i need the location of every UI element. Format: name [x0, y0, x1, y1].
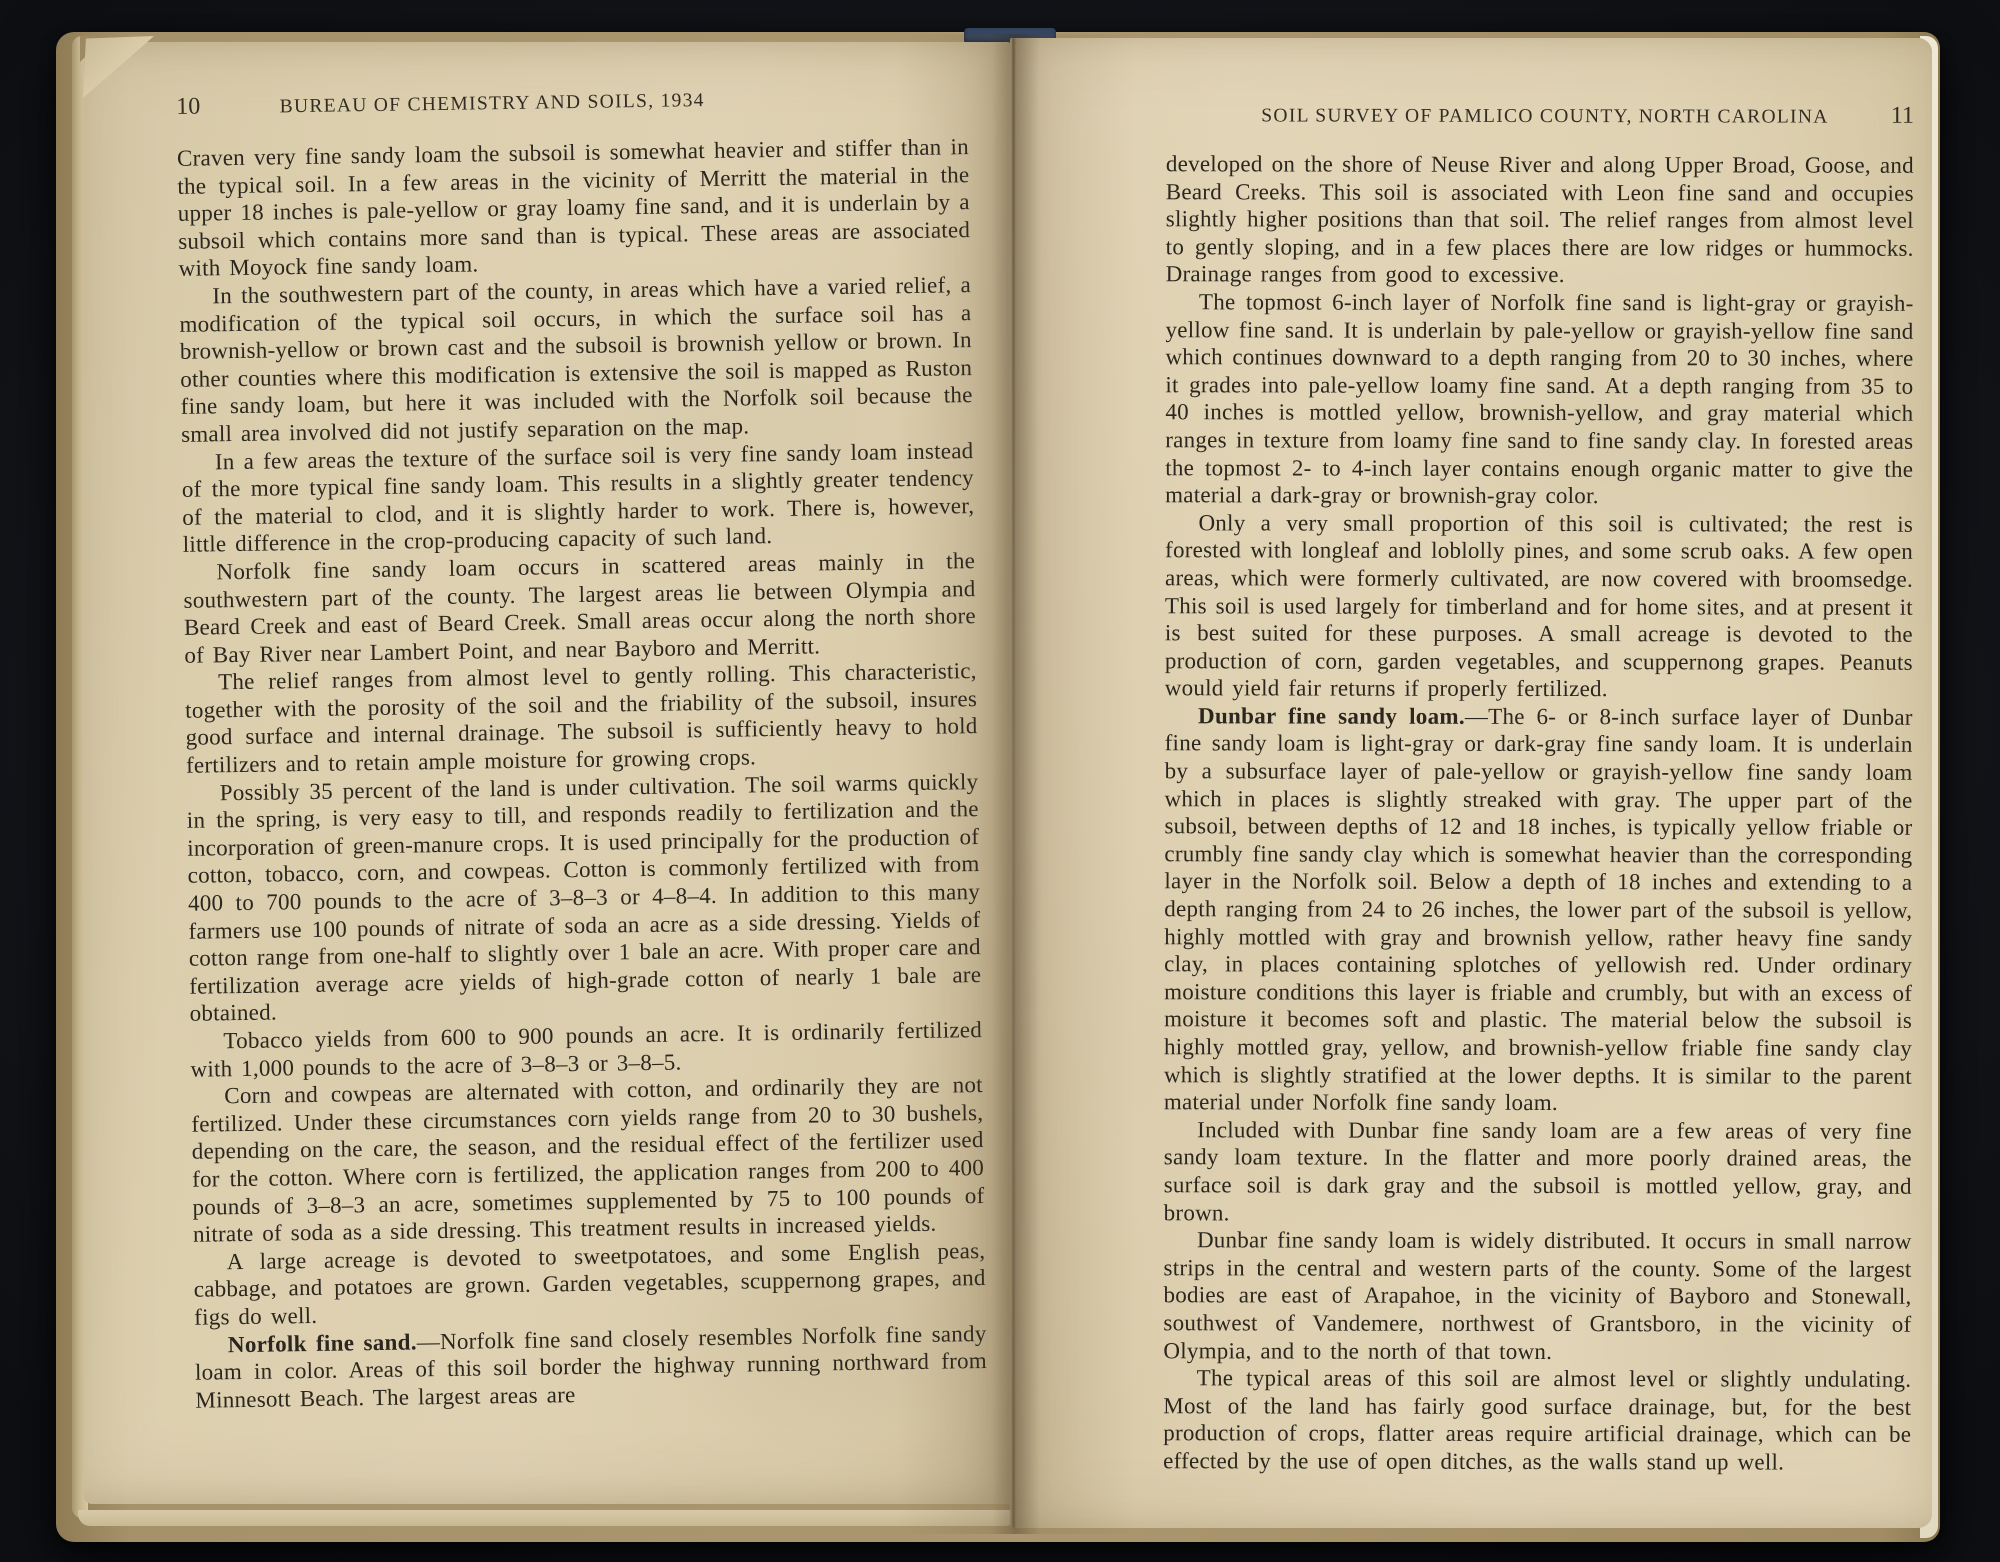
paragraph: Corn and cowpeas are alternated with cot… [191, 1071, 985, 1248]
left-page: 10 BUREAU OF CHEMISTRY AND SOILS, 1934 C… [84, 42, 1010, 1504]
running-header-left: 10 BUREAU OF CHEMISTRY AND SOILS, 1934 [176, 82, 968, 121]
page-stack-edge-bottom [78, 1510, 1014, 1526]
open-book: 10 BUREAU OF CHEMISTRY AND SOILS, 1934 C… [56, 26, 1940, 1542]
running-header-title-left: BUREAU OF CHEMISTRY AND SOILS, 1934 [236, 86, 968, 119]
paragraph: A large acreage is devoted to sweetpotat… [193, 1237, 986, 1332]
paragraph: The topmost 6-inch layer of Norfolk fine… [1165, 288, 1913, 510]
left-page-body: Craven very fine sandy loam the subsoil … [177, 133, 988, 1414]
running-header-title-right: SOIL SURVEY OF PAMLICO COUNTY, NORTH CAR… [1166, 105, 1844, 128]
paragraph: Craven very fine sandy loam the subsoil … [177, 133, 971, 283]
paragraph: Norfolk fine sandy loam occurs in scatte… [183, 547, 977, 669]
photo-backdrop: { "colors": { "paper": "#ded1b2", "ink":… [0, 0, 2000, 1562]
soil-type-lead: Dunbar fine sandy loam. [1198, 703, 1465, 729]
right-page-body: developed on the shore of Neuse River an… [1163, 150, 1914, 1476]
paragraph: The relief ranges from almost level to g… [185, 657, 979, 779]
paragraph: Dunbar fine sandy loam is widely distrib… [1163, 1226, 1911, 1366]
page-number-left: 10 [176, 93, 236, 121]
paragraph: Dunbar fine sandy loam.—The 6- or 8-inch… [1164, 702, 1913, 1117]
running-header-right: SOIL SURVEY OF PAMLICO COUNTY, NORTH CAR… [1166, 101, 1914, 130]
paragraph: Norfolk fine sand.—Norfolk fine sand clo… [194, 1320, 987, 1415]
paragraph: Possibly 35 percent of the land is under… [186, 768, 982, 1028]
paragraph: The typical areas of this soil are almos… [1163, 1364, 1911, 1476]
soil-type-lead: Norfolk fine sand. [228, 1329, 417, 1357]
right-page: SOIL SURVEY OF PAMLICO COUNTY, NORTH CAR… [1010, 38, 1932, 1528]
folded-page-corner [80, 36, 154, 98]
paragraph: Included with Dunbar fine sandy loam are… [1164, 1116, 1912, 1228]
paragraph: developed on the shore of Neuse River an… [1166, 150, 1914, 290]
page-number-right: 11 [1844, 103, 1914, 130]
paragraph: In the southwestern part of the county, … [179, 271, 973, 448]
paragraph: In a few areas the texture of the surfac… [181, 437, 975, 559]
left-page-text: 10 BUREAU OF CHEMISTRY AND SOILS, 1934 C… [176, 82, 987, 1414]
paragraph: Only a very small proportion of this soi… [1165, 509, 1913, 704]
right-page-text: SOIL SURVEY OF PAMLICO COUNTY, NORTH CAR… [1163, 101, 1914, 1476]
